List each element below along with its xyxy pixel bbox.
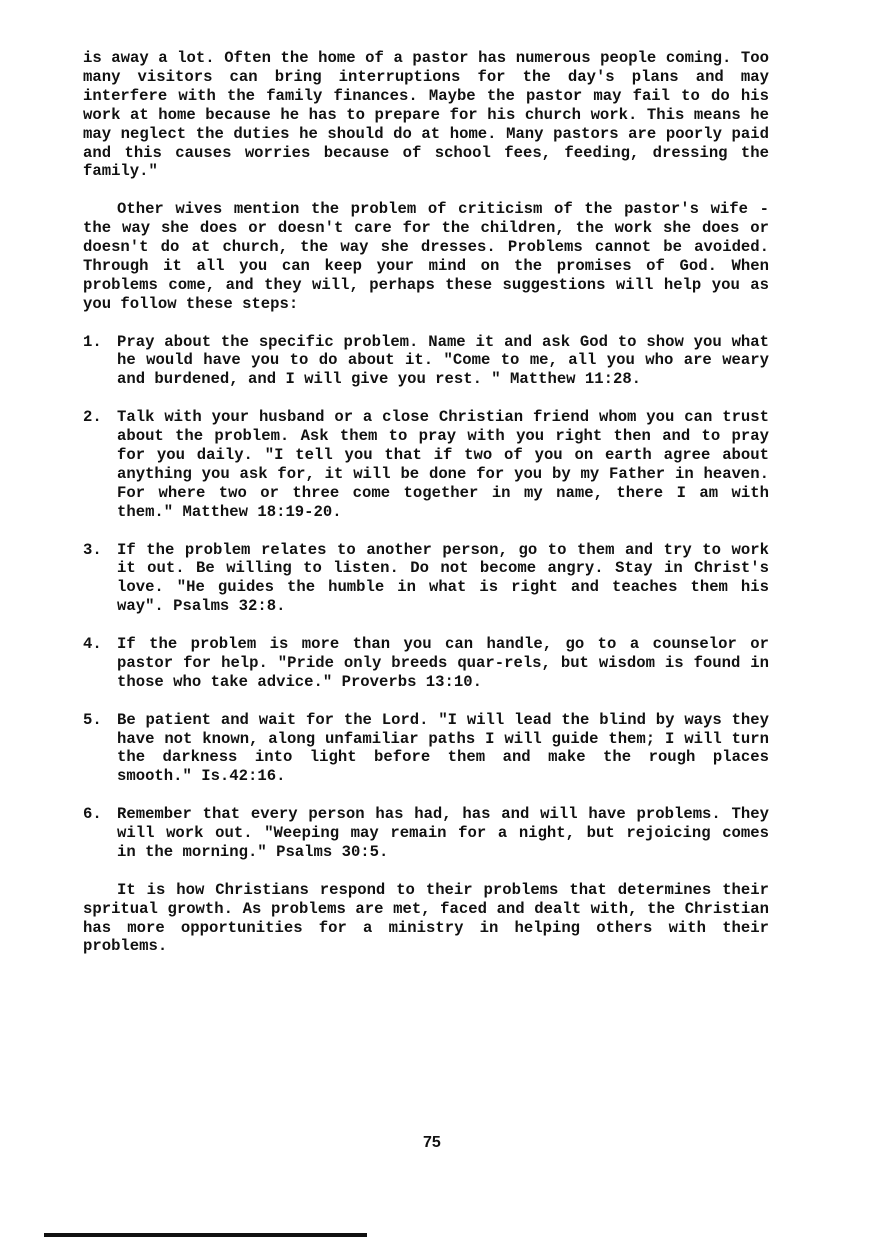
list-item-text: Talk with your husband or a close Christ… xyxy=(117,408,769,521)
list-item: 5. Be patient and wait for the Lord. "I … xyxy=(83,711,769,787)
steps-list: 1. Pray about the specific problem. Name… xyxy=(83,333,769,862)
list-item: 3. If the problem relates to another per… xyxy=(83,541,769,617)
list-item-text: Remember that every person has had, has … xyxy=(117,805,769,861)
list-item-text: Be patient and wait for the Lord. "I wil… xyxy=(117,711,769,786)
list-item: 6. Remember that every person has had, h… xyxy=(83,805,769,862)
list-item: 2. Talk with your husband or a close Chr… xyxy=(83,408,769,521)
list-number: 2. xyxy=(83,408,102,427)
list-number: 6. xyxy=(83,805,102,824)
list-number: 3. xyxy=(83,541,102,560)
list-item: 4. If the problem is more than you can h… xyxy=(83,635,769,692)
paragraph-closing: It is how Christians respond to their pr… xyxy=(83,881,769,957)
list-item-text: If the problem is more than you can hand… xyxy=(117,635,769,691)
paragraph-continuation: is away a lot. Often the home of a pasto… xyxy=(83,49,769,181)
list-number: 1. xyxy=(83,333,102,352)
list-number: 4. xyxy=(83,635,102,654)
list-item-text: Pray about the specific problem. Name it… xyxy=(117,333,769,389)
list-number: 5. xyxy=(83,711,102,730)
footer-rule xyxy=(44,1233,367,1237)
list-item-text: If the problem relates to another person… xyxy=(117,541,769,616)
paragraph-criticism: Other wives mention the problem of criti… xyxy=(83,200,769,313)
list-item: 1. Pray about the specific problem. Name… xyxy=(83,333,769,390)
document-page: is away a lot. Often the home of a pasto… xyxy=(83,49,769,975)
page-number: 75 xyxy=(423,1134,441,1152)
